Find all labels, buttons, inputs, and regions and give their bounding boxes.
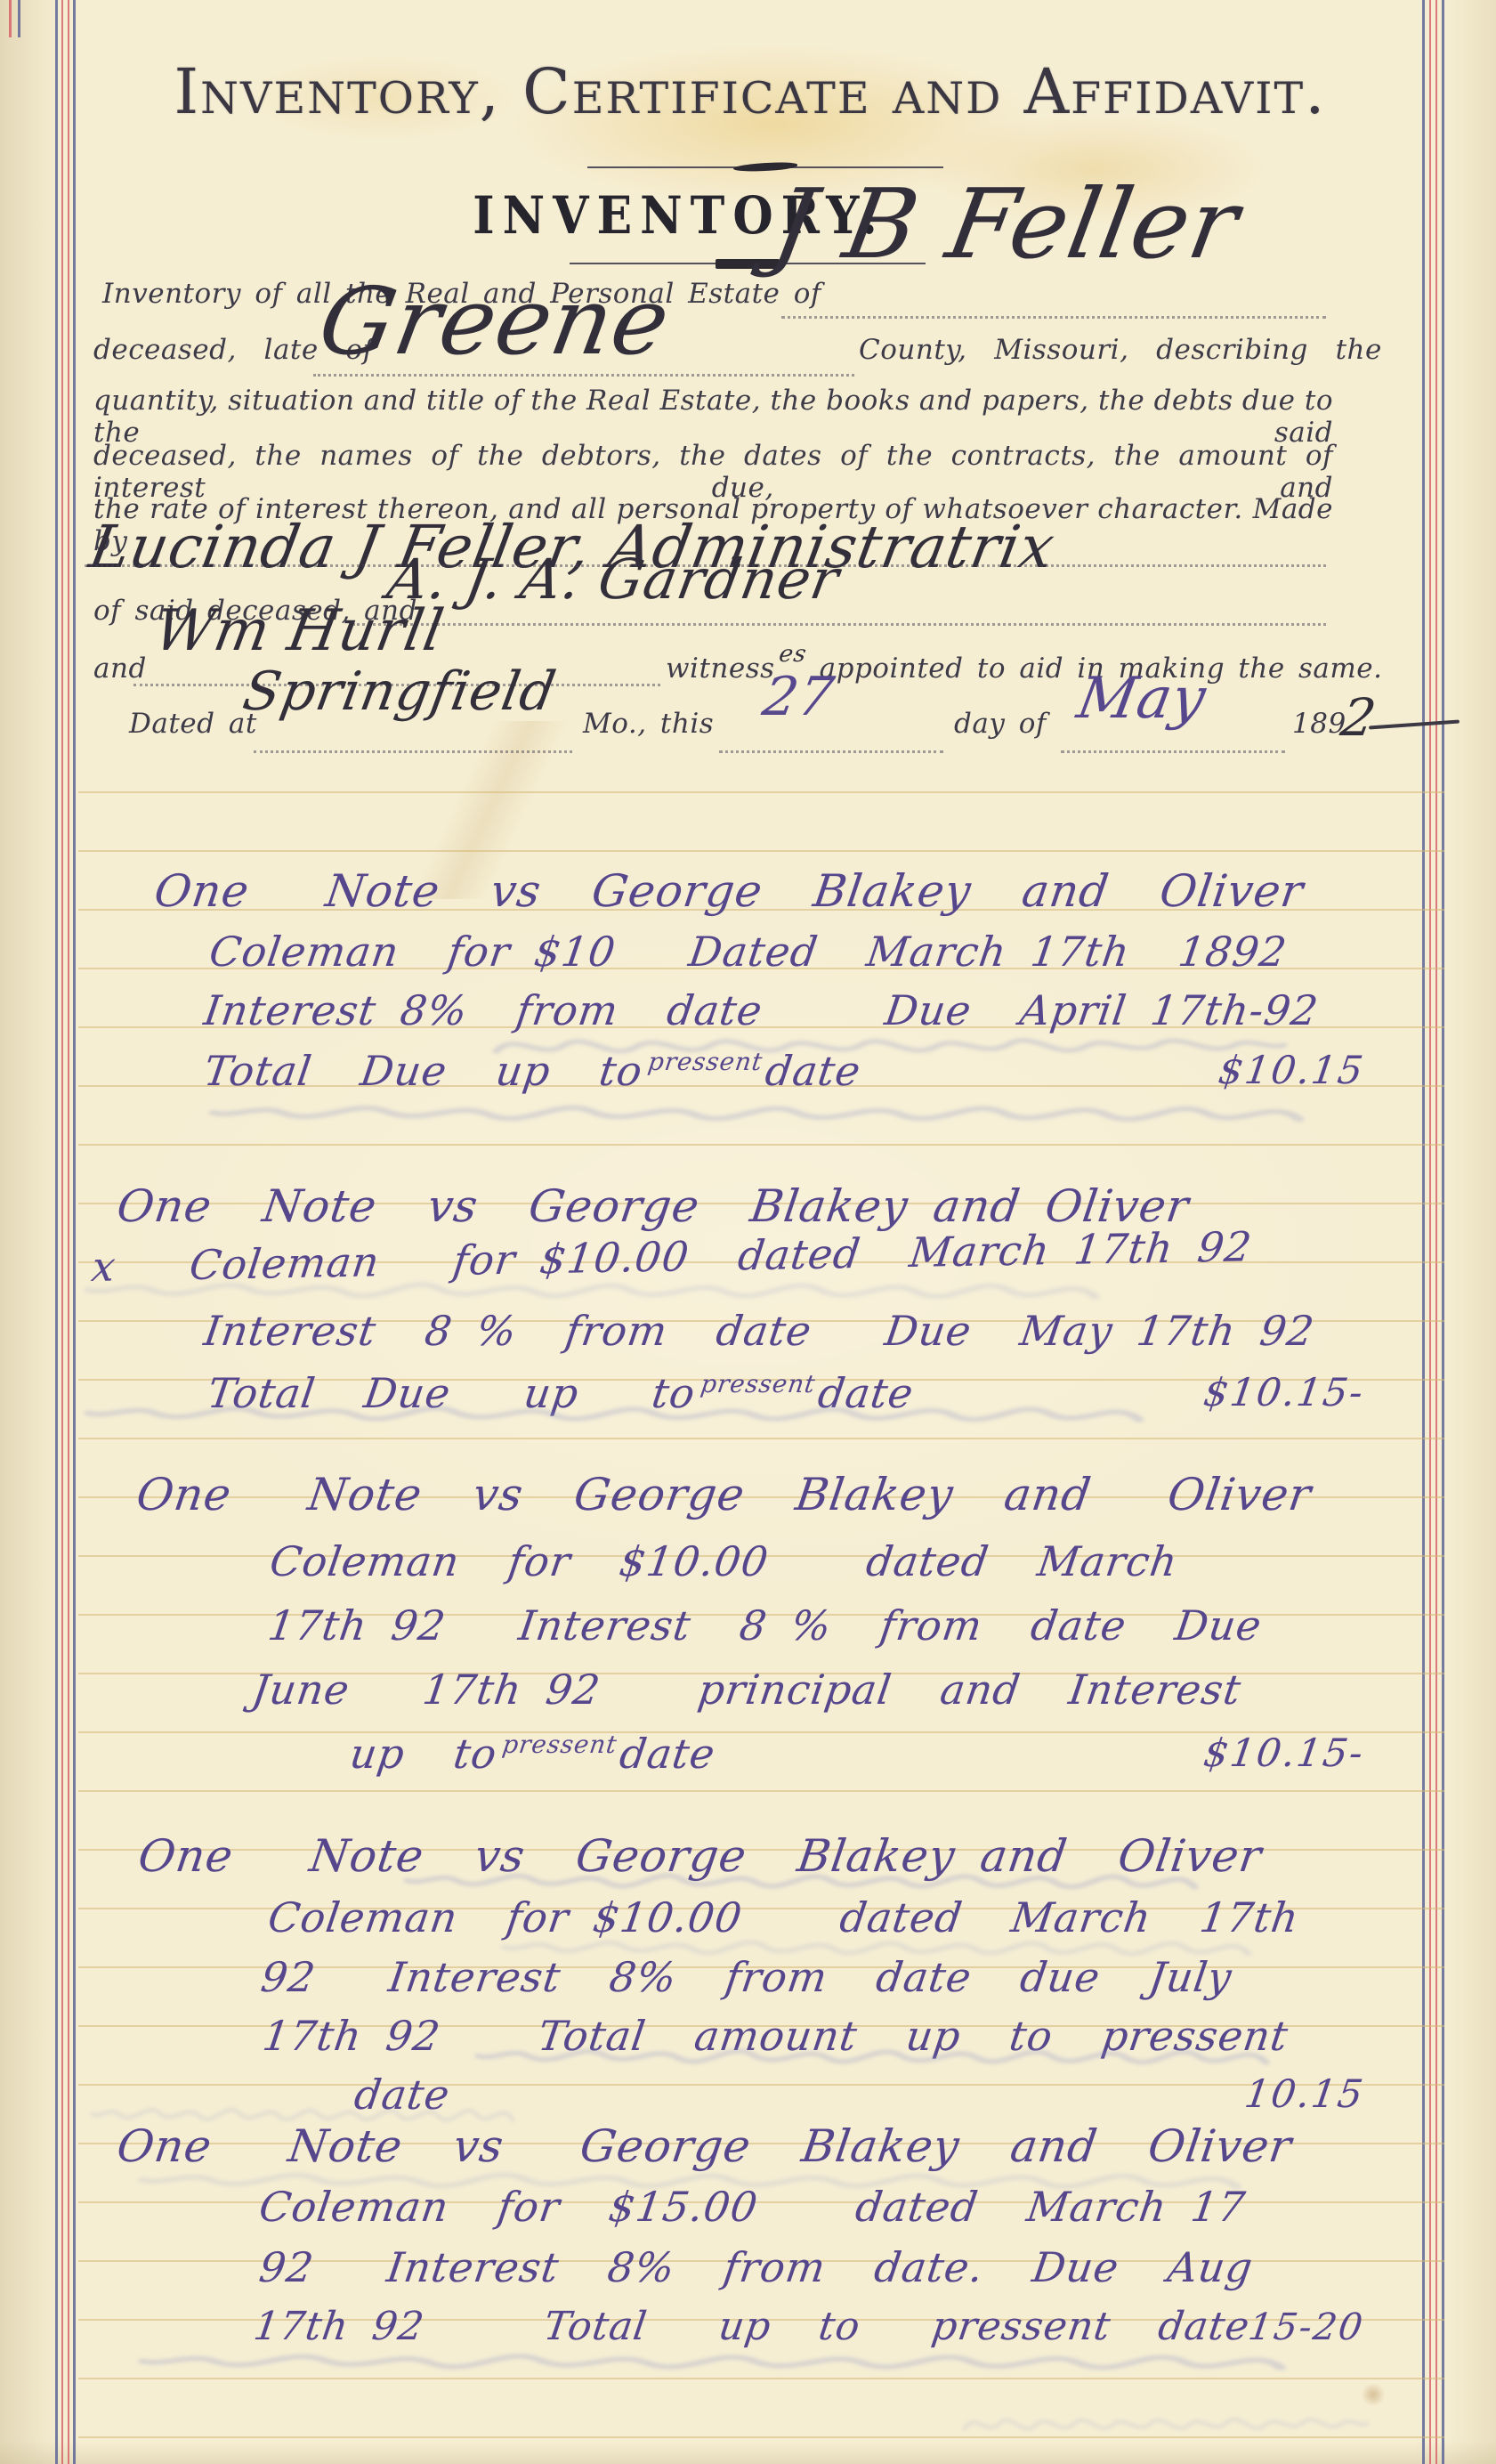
ink-bleedthrough bbox=[961, 2403, 1371, 2444]
printed-day-of: day of bbox=[954, 708, 1047, 740]
document-title: Inventory, Certificate and Affidavit. bbox=[78, 55, 1422, 128]
printed-word-witness: witness bbox=[666, 652, 775, 685]
handwritten-year: 2 bbox=[1337, 687, 1381, 748]
handwritten-place: Springfield bbox=[239, 661, 561, 723]
entry-line: One Note vs George Blakey and Oliver bbox=[151, 865, 1368, 917]
fill-in-line bbox=[719, 750, 943, 753]
left-margin-stripe-red bbox=[68, 0, 69, 2464]
ink-bleedthrough bbox=[489, 1022, 1290, 1068]
ink-bleedthrough bbox=[133, 2154, 1246, 2206]
handwritten-month: May bbox=[1072, 666, 1211, 732]
amount-due: $10.15- bbox=[1201, 1731, 1367, 1776]
fill-in-line bbox=[352, 623, 1326, 626]
handwritten-decedent-name: J B Feller bbox=[765, 169, 1247, 280]
left-margin-stripe-blue bbox=[73, 0, 76, 2464]
entry-line: 17th 92 Interest 8 % from date Due bbox=[265, 1601, 1368, 1649]
document-scan: Inventory, Certificate and Affidavit. IN… bbox=[0, 0, 1496, 2464]
amount-due: $10.15- bbox=[1201, 1371, 1367, 1415]
entry-line: 92 Interest 8% from date. Due Aug bbox=[256, 2243, 1368, 2291]
entry-line: Coleman for $10 Dated March 17th 1892 bbox=[206, 928, 1368, 976]
paper-edge-shadow-right bbox=[1444, 0, 1496, 2464]
fill-in-line bbox=[254, 750, 572, 753]
printed-mo-this: Mo., this bbox=[583, 708, 714, 740]
corner-mark bbox=[18, 0, 20, 37]
entry-line: June 17th 92 principal and Interest bbox=[249, 1666, 1368, 1714]
inserted-word: pressent bbox=[500, 1730, 619, 1759]
ink-bleedthrough bbox=[133, 2337, 1290, 2386]
printed-dated-at: Dated at bbox=[129, 708, 257, 740]
paper-edge-shadow-left bbox=[0, 0, 62, 2464]
fill-in-line bbox=[313, 374, 854, 377]
entry-line: up topressentdate$10.15- bbox=[347, 1730, 1368, 1778]
ink-bleedthrough bbox=[89, 2092, 516, 2136]
ink-bleedthrough bbox=[80, 1389, 1148, 1438]
fill-in-line bbox=[1061, 750, 1285, 753]
printed-line: and bbox=[93, 652, 147, 685]
fill-in-line bbox=[781, 316, 1326, 319]
printed-line: County, Missouri, describing the bbox=[859, 334, 1382, 366]
ink-bleedthrough bbox=[400, 1856, 1201, 1905]
ink-bleedthrough bbox=[80, 1264, 1104, 1316]
handwritten-day: 27 bbox=[758, 666, 839, 728]
handwritten-county: Greene bbox=[311, 267, 678, 376]
handwritten-insert-es: es bbox=[777, 641, 809, 668]
entry-line: Coleman for $10.00 dated March bbox=[267, 1537, 1368, 1585]
left-margin-stripe-red bbox=[61, 0, 63, 2464]
ink-bleedthrough bbox=[205, 1088, 1308, 1138]
left-margin-stripe-blue bbox=[55, 0, 58, 2464]
entry-line: One Note vs George Blakey and Oliver bbox=[133, 1469, 1368, 1520]
handwritten-appraiser-1: A. J. A. Gardner bbox=[383, 547, 845, 612]
ink-bleedthrough bbox=[472, 2031, 1273, 2080]
corner-mark bbox=[9, 0, 12, 37]
ink-bleedthrough bbox=[498, 1923, 1255, 1972]
handwritten-appraiser-2: Wm Hurll bbox=[150, 598, 449, 664]
